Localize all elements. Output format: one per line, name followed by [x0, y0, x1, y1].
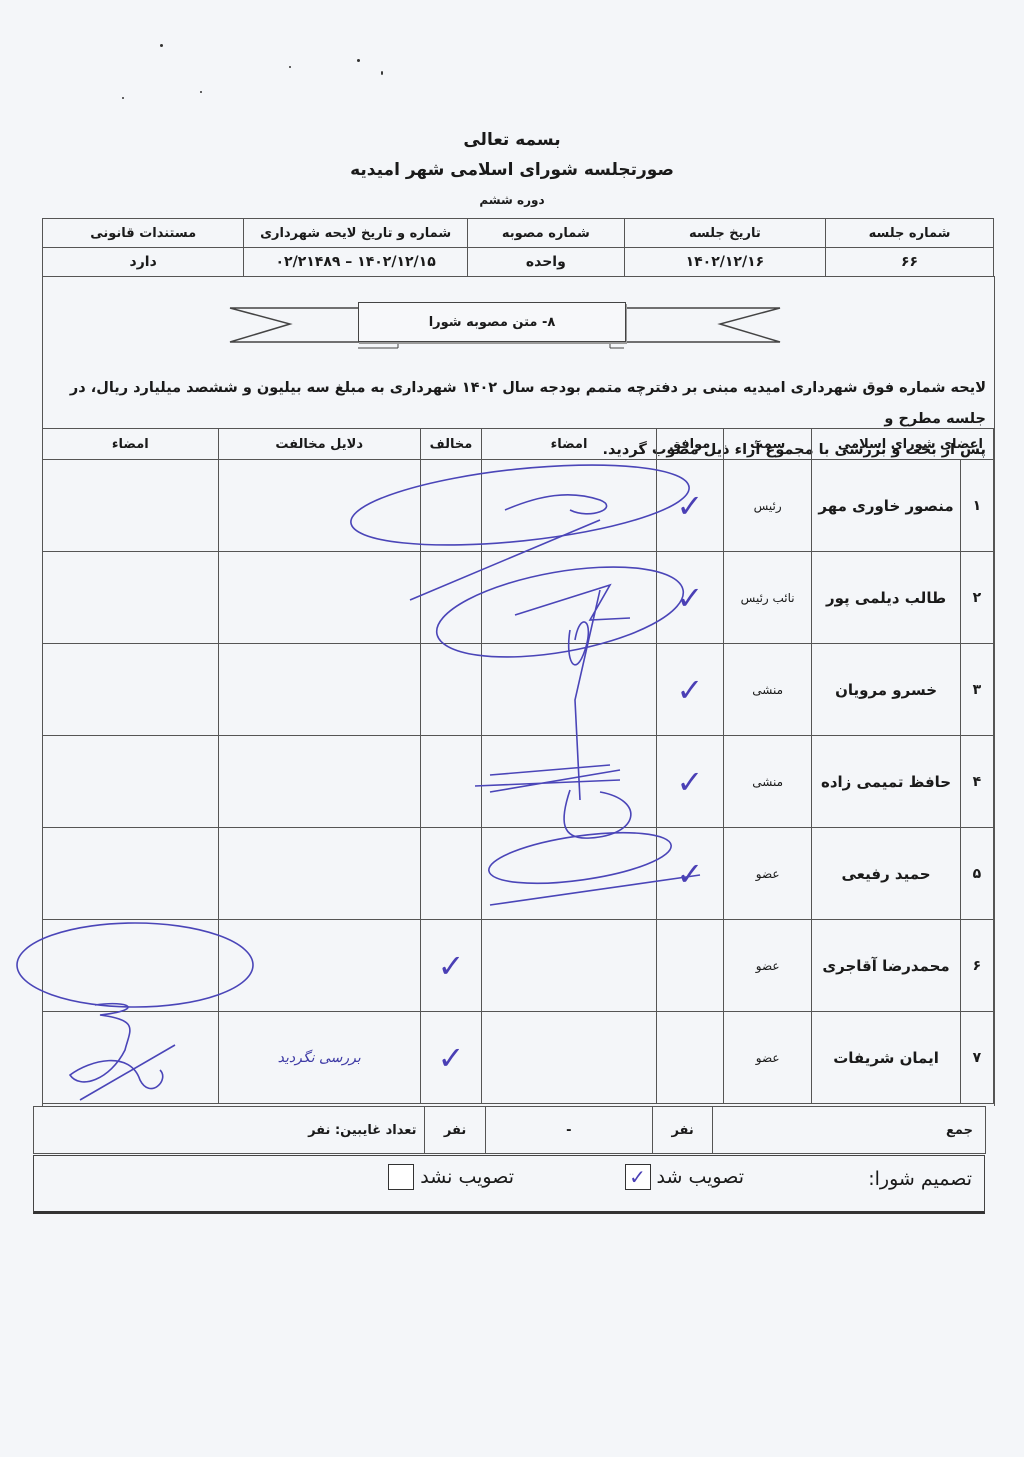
header-signature-2: امضاء: [43, 429, 219, 460]
header-disagree: مخالف: [420, 429, 481, 460]
absent-label: تعداد غایبین:: [335, 1123, 417, 1138]
reason-cell: [218, 920, 420, 1012]
invocation-heading: بسمه تعالی: [0, 130, 1024, 150]
agree-total-unit: نفر: [653, 1107, 713, 1154]
member-name: ایمان شریفات: [812, 1012, 960, 1104]
session-date: ۱۴۰۲/۱۲/۱۶: [624, 248, 825, 277]
session-number: ۶۶: [826, 248, 994, 277]
row-number: ۶: [960, 920, 993, 1012]
member-role: عضو: [724, 920, 812, 1012]
agree-check-icon: ✓: [656, 828, 723, 920]
reason-handwritten: بررسی نگردید: [218, 1012, 420, 1104]
vote-summary-table: جمع نفر - نفر تعداد غایبین: نفر: [33, 1106, 986, 1154]
rejected-option[interactable]: تصویب نشد: [388, 1164, 514, 1190]
signature-cell-2: [43, 920, 219, 1012]
signature-cell: [482, 1012, 657, 1104]
rejected-label: تصویب نشد: [420, 1166, 514, 1188]
member-name: خسرو مرویان: [812, 644, 960, 736]
resolution-text-line-1: لایحه شماره فوق شهرداری امیدیه مبنی بر د…: [48, 373, 986, 435]
header-reasons: دلایل مخالفت: [218, 429, 420, 460]
council-term: دوره ششم: [0, 193, 1024, 207]
disagree-check-icon: ✓: [420, 920, 481, 1012]
reason-cell: [218, 736, 420, 828]
header-bill-number-date: شماره و تاریخ لایحه شهرداری: [244, 219, 468, 248]
bill-number-date: ۱۴۰۲/۱۲/۱۵ – ۰۲/۲۱۴۸۹: [244, 248, 468, 277]
signature-cell: [482, 828, 657, 920]
signature-cell-2: [43, 460, 219, 552]
agree-check-icon: ✓: [656, 460, 723, 552]
member-role: منشی: [724, 644, 812, 736]
row-number: ۳: [960, 644, 993, 736]
header-session-date: تاریخ جلسه: [624, 219, 825, 248]
reason-cell: [218, 552, 420, 644]
disagree-cell: [420, 644, 481, 736]
reason-cell: [218, 828, 420, 920]
rejected-checkbox[interactable]: [388, 1164, 414, 1190]
member-row: ۷ ایمان شریفات عضو ✓ بررسی نگردید: [43, 1012, 994, 1104]
signature-cell: [482, 920, 657, 1012]
disagree-cell: [420, 460, 481, 552]
council-decision: تصمیم شورا: تصویب شد ✓ تصویب نشد: [33, 1155, 985, 1214]
disagree-total-unit: نفر: [425, 1107, 485, 1154]
signature-dash: -: [485, 1107, 652, 1154]
member-row: ۵ حمید رفیعی عضو ✓: [43, 828, 994, 920]
approved-label: تصویب شد: [657, 1166, 744, 1188]
member-name: حافظ تمیمی زاده: [812, 736, 960, 828]
header-members: اعضای شورای اسلامی: [812, 429, 994, 460]
document-page: بسمه تعالی صورتجلسه شورای اسلامی شهر امی…: [0, 0, 1024, 1457]
legal-documents: دارد: [43, 248, 244, 277]
member-role: نائب رئیس: [724, 552, 812, 644]
header-legal-documents: مستندات قانونی: [43, 219, 244, 248]
scan-speck: [357, 59, 360, 62]
member-row: ۱ منصور خاوری مهر رئیس ✓: [43, 460, 994, 552]
header-signature: امضاء: [482, 429, 657, 460]
row-number: ۵: [960, 828, 993, 920]
agree-check-icon: ✓: [656, 644, 723, 736]
scan-speck: [160, 44, 163, 47]
reason-cell: [218, 644, 420, 736]
header-agree: موافق: [656, 429, 723, 460]
member-role: عضو: [724, 828, 812, 920]
absent-unit: نفر: [308, 1123, 330, 1138]
signature-cell: [482, 644, 657, 736]
row-number: ۴: [960, 736, 993, 828]
member-role: منشی: [724, 736, 812, 828]
signature-cell-2: [43, 1012, 219, 1104]
approved-checkbox[interactable]: ✓: [625, 1164, 651, 1190]
agree-check-icon: ✓: [656, 736, 723, 828]
signature-cell-2: [43, 828, 219, 920]
scan-speck: [289, 66, 291, 68]
total-label: جمع: [713, 1107, 986, 1154]
scan-speck: [200, 91, 202, 93]
header-session-number: شماره جلسه: [826, 219, 994, 248]
decision-label: تصمیم شورا:: [868, 1168, 972, 1190]
header-role: سمت: [724, 429, 812, 460]
meeting-info-table: شماره جلسه تاریخ جلسه شماره مصوبه شماره …: [42, 218, 994, 277]
header-resolution-number: شماره مصوبه: [467, 219, 624, 248]
row-number: ۱: [960, 460, 993, 552]
row-number: ۲: [960, 552, 993, 644]
disagree-cell: [420, 736, 481, 828]
approved-option[interactable]: تصویب شد ✓: [625, 1164, 744, 1190]
signature-cell: [482, 736, 657, 828]
member-row: ۳ خسرو مرویان منشی ✓: [43, 644, 994, 736]
disagree-cell: [420, 828, 481, 920]
member-name: محمدرضا آقاجری: [812, 920, 960, 1012]
signature-cell-2: [43, 736, 219, 828]
document-title: صورتجلسه شورای اسلامی شهر امیدیه: [0, 160, 1024, 180]
reason-cell: [218, 460, 420, 552]
member-name: طالب دیلمی پور: [812, 552, 960, 644]
agree-cell: [656, 920, 723, 1012]
scan-speck: [122, 97, 124, 99]
agree-cell: [656, 1012, 723, 1104]
member-name: حمید رفیعی: [812, 828, 960, 920]
member-row: ۴ حافظ تمیمی زاده منشی ✓: [43, 736, 994, 828]
disagree-cell: [420, 552, 481, 644]
member-role: رئیس: [724, 460, 812, 552]
signature-cell: [482, 460, 657, 552]
banner-title: ۸- متن مصوبه شورا: [358, 302, 626, 342]
section-banner: ۸- متن مصوبه شورا: [220, 300, 790, 350]
members-vote-table: اعضای شورای اسلامی سمت موافق امضاء مخالف…: [42, 428, 994, 1104]
member-role: عضو: [724, 1012, 812, 1104]
scan-speck: [381, 71, 383, 75]
signature-cell-2: [43, 552, 219, 644]
row-number: ۷: [960, 1012, 993, 1104]
agree-check-icon: ✓: [656, 552, 723, 644]
signature-cell: [482, 552, 657, 644]
member-row: ۶ محمدرضا آقاجری عضو ✓: [43, 920, 994, 1012]
resolution-number: واحده: [467, 248, 624, 277]
member-row: ۲ طالب دیلمی پور نائب رئیس ✓: [43, 552, 994, 644]
signature-cell-2: [43, 644, 219, 736]
absent-count: تعداد غایبین: نفر: [34, 1107, 425, 1154]
member-name: منصور خاوری مهر: [812, 460, 960, 552]
disagree-check-icon: ✓: [420, 1012, 481, 1104]
